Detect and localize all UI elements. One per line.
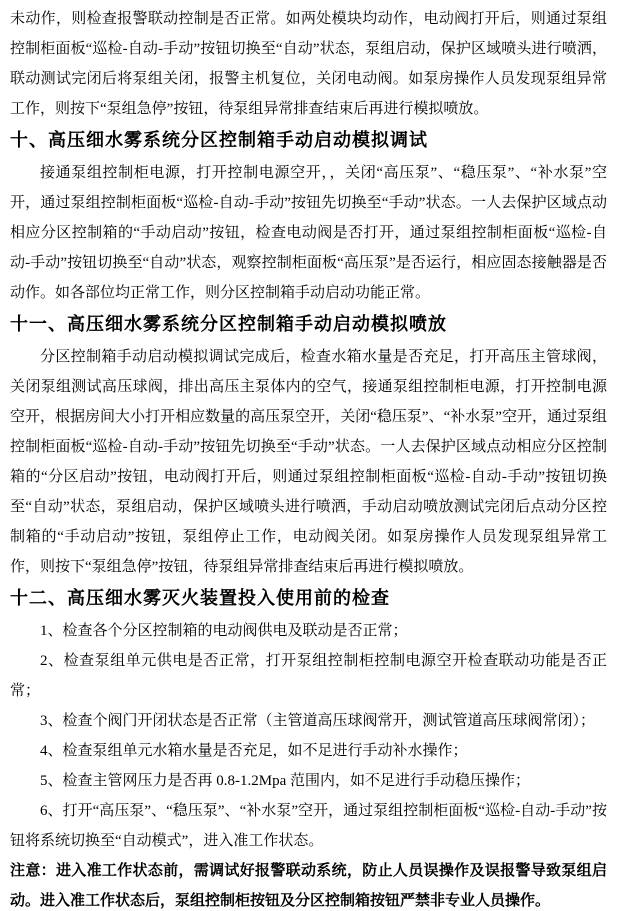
checklist-item-6: 6、打开“高压泵”、“稳压泵”、“补水泵”空开，通过泵组控制柜面板“巡检-自动-… (10, 796, 607, 856)
note-paragraph: 注意：进入准工作状态前，需调试好报警联动系统，防止人员误操作及误报警导致泵组启动… (10, 856, 607, 911)
checklist-item-4: 4、检查泵组单元水箱水量是否充足，如不足进行手动补水操作； (10, 736, 607, 766)
checklist-item-3: 3、检查个阀门开闭状态是否正常（主管道高压球阀常开，测试管道高压球阀常闭）； (10, 706, 607, 736)
section-10-paragraph: 接通泵组控制柜电源，打开控制电源空开，，关闭“高压泵”、“稳压泵”、“补水泵”空… (10, 158, 607, 308)
continuation-paragraph: 未动作，则检查报警联动控制是否正常。如两处模块均动作，电动阀打开后，则通过泵组控… (10, 4, 607, 124)
document-page: 未动作，则检查报警联动控制是否正常。如两处模块均动作，电动阀打开后，则通过泵组控… (0, 0, 617, 911)
checklist-item-1: 1、检查各个分区控制箱的电动阀供电及联动是否正常； (10, 616, 607, 646)
section-heading-11: 十一、高压细水雾系统分区控制箱手动启动模拟喷放 (10, 312, 607, 336)
section-heading-10: 十、高压细水雾系统分区控制箱手动启动模拟调试 (10, 128, 607, 152)
section-11-paragraph: 分区控制箱手动启动模拟调试完成后，检查水箱水量是否充足，打开高压主管球阀，关闭泵… (10, 342, 607, 582)
section-heading-12: 十二、高压细水雾灭火装置投入使用前的检查 (10, 586, 607, 610)
checklist-item-2: 2、检查泵组单元供电是否正常，打开泵组控制柜控制电源空开检查联动功能是否正常； (10, 646, 607, 706)
checklist-item-5: 5、检查主管网压力是否再 0.8-1.2Mpa 范围内，如不足进行手动稳压操作； (10, 766, 607, 796)
